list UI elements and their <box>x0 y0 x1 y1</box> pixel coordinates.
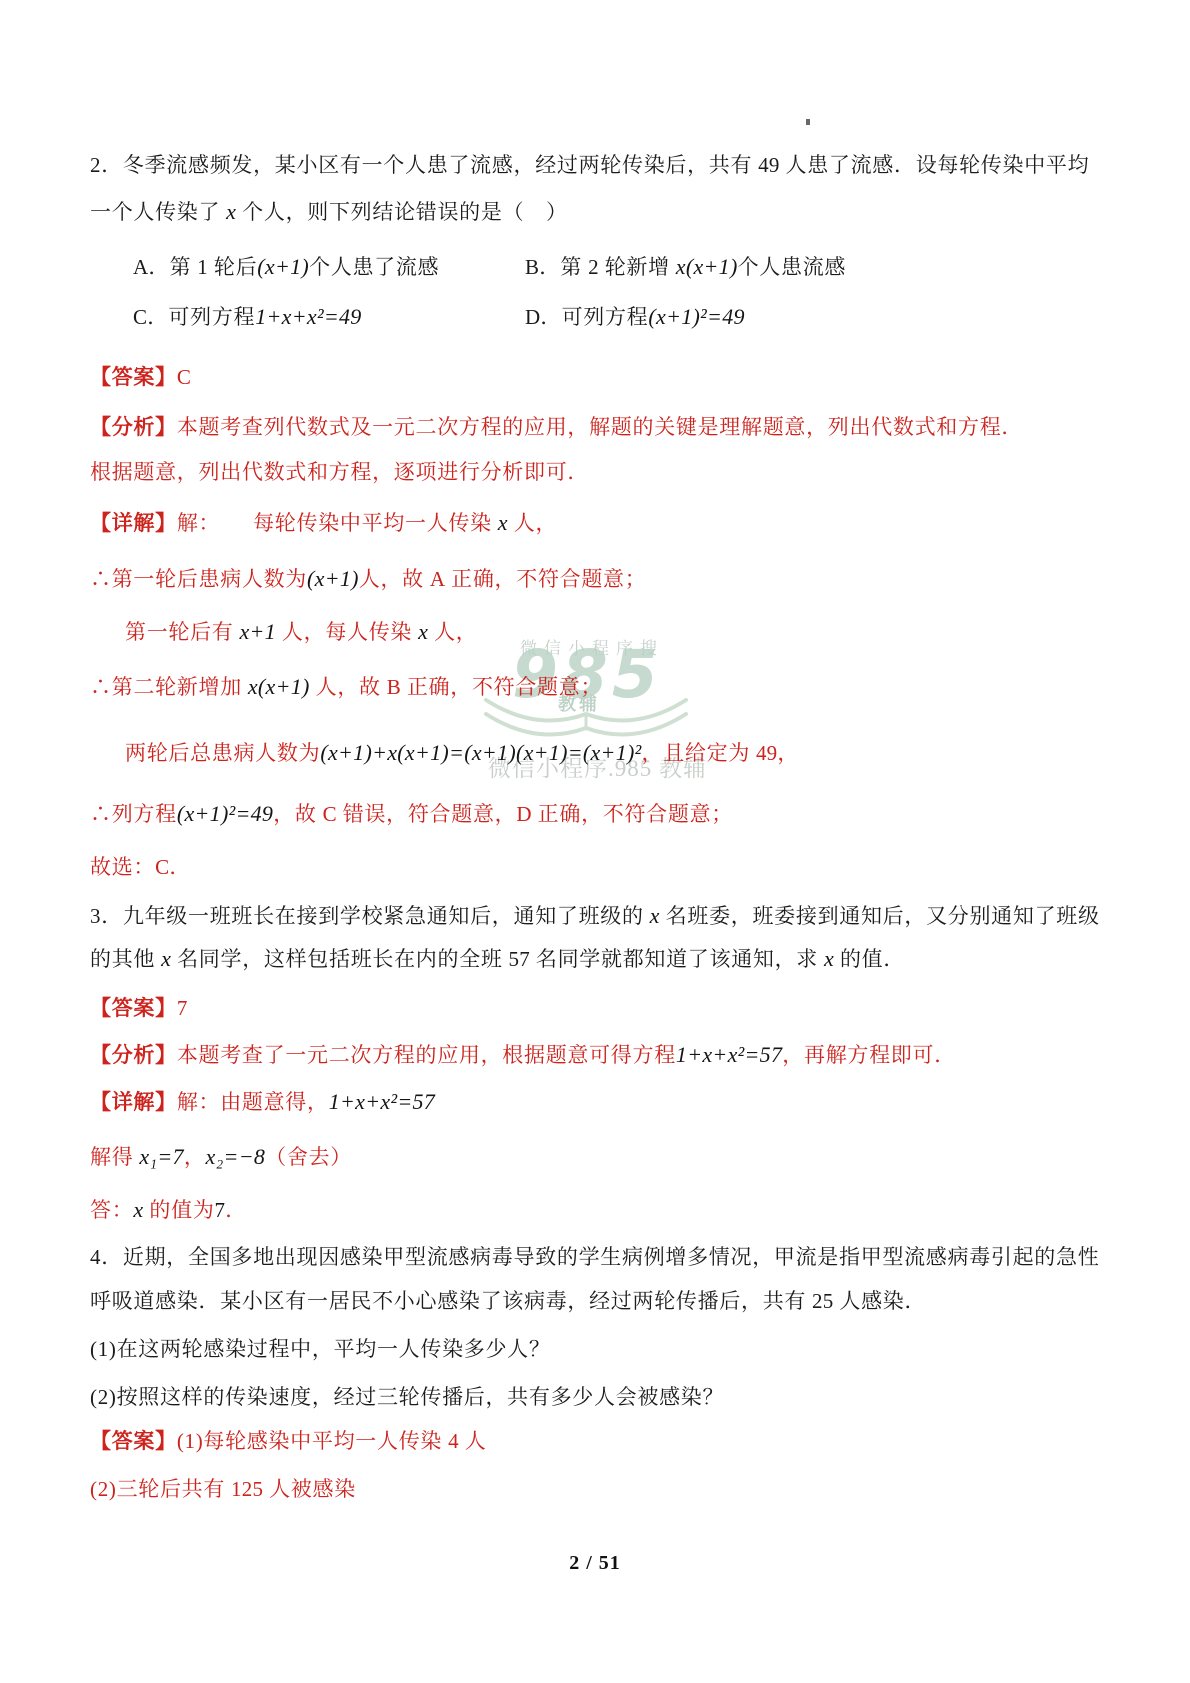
q2-option-a: A．第 1 轮后(x+1)个人患了流感 <box>133 252 439 282</box>
q3-detail-line2: 解得 x₁=7，x₂=−8（舍去） <box>90 1142 352 1172</box>
q3-stem-line1: 3．九年级一班班长在接到学校紧急通知后，通知了班级的 x 名班委，班委接到通知后… <box>90 901 1100 931</box>
q4-stem-line1: 4．近期，全国多地出现因感染甲型流感病毒导致的学生病例增多情况，甲流是指甲型流感… <box>90 1242 1099 1272</box>
q2-detail-line4: ∴第二轮新增加 x(x+1) 人，故 B 正确，不符合题意； <box>90 672 602 702</box>
q2-detail-line5: 两轮后总患病人数为(x+1)+x(x+1)=(x+1)(x+1)=(x+1)²，… <box>125 738 799 768</box>
stray-mark <box>806 119 810 125</box>
watermark-tagline: 微信小程序搜 <box>520 634 664 659</box>
q2-stem-line1: 2．冬季流感频发，某小区有一个人患了流感，经过两轮传染后，共有 49 人患了流感… <box>90 150 1089 180</box>
watermark: 微信小程序搜 985 教辅 微信小程序.985 教辅 <box>420 628 780 798</box>
q2-option-d: D．可列方程(x+1)²=49 <box>525 302 745 332</box>
q3-answer: 【答案】7 <box>90 993 188 1023</box>
document-page: 微信小程序搜 985 教辅 微信小程序.985 教辅 2．冬季流感频发，某小区有… <box>0 0 1190 1683</box>
q2-detail-line3: 第一轮后有 x+1 人，每人传染 x 人， <box>125 617 478 647</box>
q2-answer: 【答案】C <box>90 362 191 392</box>
q2-conclusion: 故选：C． <box>90 852 191 882</box>
q2-detail-line2: ∴第一轮后患病人数为(x+1)人，故 A 正确，不符合题意； <box>90 564 646 594</box>
page-number: 2 / 51 <box>0 1552 1190 1575</box>
q3-conclusion: 答：x 的值为7． <box>90 1195 247 1225</box>
q4-answer-line2: (2)三轮后共有 125 人被感染 <box>90 1474 356 1504</box>
q2-analysis-line1: 【分析】本题考查列代数式及一元二次方程的应用，解题的关键是理解题意，列出代数式和… <box>90 412 1023 442</box>
q2-stem-line2: 一个人传染了 x 个人，则下列结论错误的是（ ） <box>90 197 568 227</box>
q4-answer-line1: 【答案】(1)每轮感染中平均一人传染 4 人 <box>90 1426 486 1456</box>
q2-detail-line1: 【详解】解： 每轮传染中平均一人传染 x 人， <box>90 508 557 538</box>
q2-analysis-line2: 根据题意，列出代数式和方程，逐项进行分析即可． <box>90 457 589 487</box>
q3-detail-line1: 【详解】解：由题意得，1+x+x²=57 <box>90 1087 435 1117</box>
q2-option-c: C．可列方程1+x+x²=49 <box>133 302 362 332</box>
q2-detail-line6: ∴列方程(x+1)²=49，故 C 错误，符合题意，D 正确，不符合题意； <box>90 799 733 829</box>
q3-stem-line2: 的其他 x 名同学，这样包括班长在内的全班 57 名同学就都知道了该通知，求 x… <box>90 944 905 974</box>
q4-part1: (1)在这两轮感染过程中，平均一人传染多少人？ <box>90 1334 551 1364</box>
q2-option-b: B．第 2 轮新增 x(x+1)个人患流感 <box>525 252 846 282</box>
q4-stem-line2: 呼吸道感染．某小区有一居民不小心感染了该病毒，经过两轮传播后，共有 25 人感染… <box>90 1286 926 1316</box>
q4-part2: (2)按照这样的传染速度，经过三轮传播后，共有多少人会被感染？ <box>90 1382 724 1412</box>
q3-analysis: 【分析】本题考查了一元二次方程的应用，根据题意可得方程1+x+x²=57，再解方… <box>90 1040 956 1070</box>
